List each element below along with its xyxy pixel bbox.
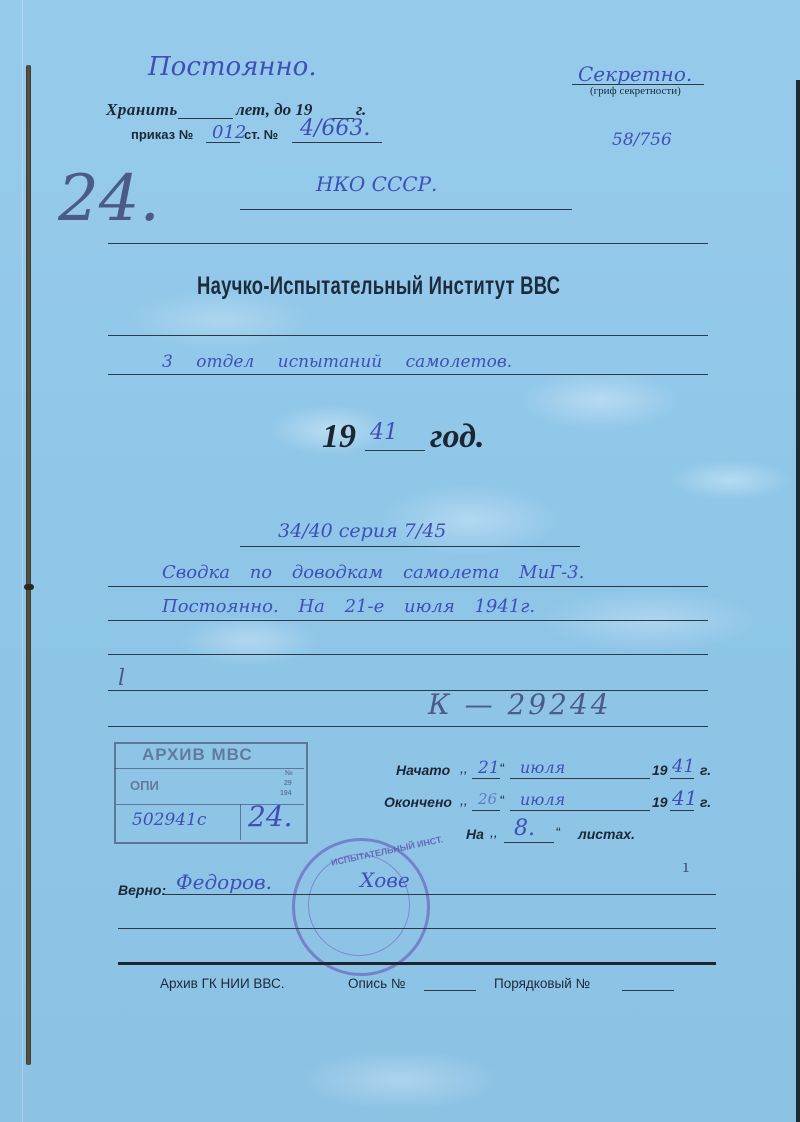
rule-line-6 [108, 654, 708, 655]
archive-stamp-mark-3: 194 [280, 790, 292, 797]
article-number: 4/663. [300, 116, 370, 141]
department-handwritten: 3 отдел испытаний самолетов. [162, 352, 512, 372]
year-suffix: год. [430, 418, 484, 456]
case-number-line [240, 546, 580, 547]
footer-inventory-label: Опись № [348, 976, 405, 991]
footer-archive-label: Архив ГК НИИ ВВС. [160, 976, 284, 991]
keep-label: Хранить [106, 100, 178, 120]
tick-mark: ı [683, 856, 689, 877]
verified-line [164, 894, 716, 895]
year-handwritten: 41 [370, 420, 398, 445]
subject-line-1: Сводка по доводкам самолета МиГ-3. [162, 562, 584, 583]
secrecy-handwritten: Секретно. [578, 62, 692, 86]
started-quote-close: “ [500, 760, 505, 776]
started-year: 41 [672, 756, 695, 777]
ministry-line [240, 209, 572, 210]
ended-label: Окончено [384, 794, 452, 810]
binding-thread [26, 65, 31, 1065]
retention-handwritten: Постоянно. [148, 52, 317, 82]
started-year-line [670, 778, 694, 779]
verified-label: Верно: [118, 882, 166, 898]
rule-line-4 [108, 586, 708, 587]
rule-line-8 [108, 726, 708, 727]
started-year-prefix: 19 [652, 762, 668, 778]
sheets-line [504, 842, 554, 843]
started-month-line [510, 778, 650, 779]
page-edge-shadow [796, 80, 800, 1122]
article-label: ст. № [244, 127, 278, 142]
order-number: 012 [212, 122, 246, 143]
rule-line-5 [108, 620, 708, 621]
subject-line-2: Постоянно. На 21-е июля 1941г. [162, 596, 535, 617]
started-year-suffix: г. [700, 762, 711, 778]
archive-stamp-mark-1: № [285, 770, 293, 777]
rule-line-1 [108, 243, 708, 244]
ended-month-line [510, 810, 650, 811]
k-number: К — 29244 [428, 688, 612, 721]
ended-quote-open: ,, [460, 792, 468, 808]
misc-mark: l [118, 666, 125, 691]
ended-year-line [670, 810, 694, 811]
ended-year: 41 [672, 786, 697, 810]
order-label: приказ № [131, 127, 193, 142]
ended-day-line [472, 810, 500, 811]
ended-quote-close: “ [500, 792, 505, 808]
folder-cover: Постоянно. Хранить лет, до 19 г. приказ … [0, 0, 800, 1122]
ended-year-prefix: 19 [652, 794, 668, 810]
ministry-handwritten: НКО СССР. [316, 172, 437, 196]
rule-line-3 [108, 374, 708, 375]
verified-signature-2: Хове [360, 868, 410, 892]
folder-number: 24. [58, 162, 160, 236]
reference-number: 58/756 [612, 130, 672, 150]
footer-divider [118, 962, 716, 965]
sheets-label-suffix: листах. [578, 826, 635, 842]
footer-inventory-line [424, 990, 476, 991]
archive-stamp-mark-2: 29 [284, 780, 292, 787]
ended-year-suffix: г. [700, 794, 711, 810]
binding-knot [24, 584, 34, 590]
archive-stamp-field: ОПИ [130, 778, 159, 793]
archive-inventory-handwritten: 502941с [132, 810, 206, 830]
year-line [365, 450, 425, 451]
rule-line-2 [108, 335, 708, 336]
rule-line-9 [118, 928, 716, 929]
ended-day: 26 [478, 790, 497, 808]
footer-ordinal-label: Порядковый № [494, 976, 590, 991]
archive-stamp-divider-1 [114, 768, 304, 769]
footer-ordinal-line [622, 990, 674, 991]
article-line [292, 142, 382, 143]
verified-signature: Федоров. [176, 870, 272, 894]
started-day-line [472, 778, 500, 779]
sheets-quote-open: ,, [490, 824, 498, 840]
started-month: июля [520, 758, 565, 777]
started-quote-open: ,, [460, 760, 468, 776]
started-label: Начато [396, 762, 450, 778]
archive-stamp-divider-3 [240, 804, 241, 840]
ended-month: июля [520, 790, 565, 809]
sheets-label-prefix: На [466, 826, 484, 842]
fold-crease [22, 0, 23, 1122]
sheets-count: 8. [514, 816, 535, 841]
secrecy-label: (гриф секретности) [590, 85, 681, 97]
archive-stamp-title: АРХИВ МВС [142, 745, 253, 765]
rule-line-7 [108, 690, 708, 691]
institute-title: Научко-Испытательный Институт ВВС [197, 272, 560, 301]
keep-years-line [178, 118, 233, 119]
year-prefix: 19 [322, 418, 356, 456]
sheets-quote-close: “ [556, 824, 561, 840]
started-day: 21 [478, 758, 500, 778]
archive-case-handwritten: 24. [248, 800, 293, 833]
case-number-handwritten: 34/40 серия 7/45 [278, 520, 446, 542]
